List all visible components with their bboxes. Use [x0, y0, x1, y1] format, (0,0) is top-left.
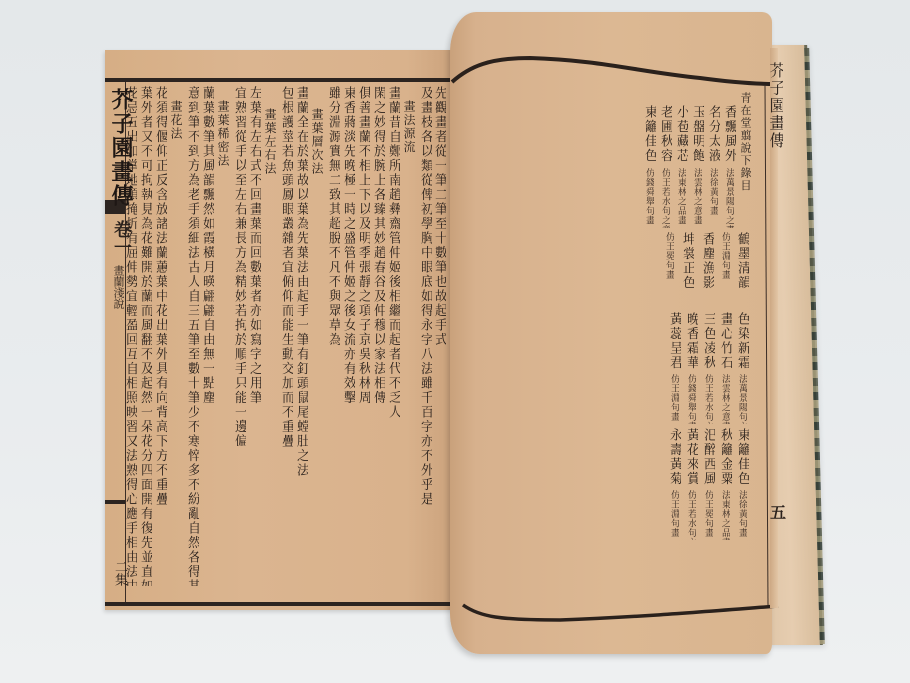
- painting-title: 東籬佳色: [735, 428, 749, 488]
- page-number: 五: [770, 500, 786, 523]
- painting-title: 三色凌秋: [701, 312, 715, 372]
- list-heading: 青在堂翦說下錄目: [738, 92, 752, 212]
- annotation: 仿王淵句畫: [720, 232, 730, 292]
- painting-title: 老圃秋容: [658, 105, 672, 165]
- annotation: 仿王淵句畫: [669, 490, 679, 540]
- painting-title: 坤裳正色: [680, 232, 694, 292]
- painting-title: 色染新霜: [735, 312, 749, 372]
- annotation: 法雲林之意畫: [692, 168, 702, 228]
- painting-title: 晚香霜華: [684, 312, 698, 372]
- annotation: 法萬景陽句之畫: [724, 168, 734, 228]
- annotation: 仿王若水句之意畫: [660, 168, 670, 228]
- painting-title: 名分太液: [706, 105, 720, 165]
- painting-title: 汜醉西風: [701, 428, 715, 488]
- painting-title: 鶴墨清韻: [735, 232, 749, 292]
- annotation: 仿王若水句之意畫: [686, 490, 696, 540]
- annotation: 仿王冕句畫: [664, 232, 674, 292]
- annotation: 仿王淵句畫: [669, 374, 679, 424]
- painting-title: 小苞藏芯: [674, 105, 688, 165]
- annotation: 法東林之品畫: [720, 490, 730, 540]
- annotation: 法萬景陽句之畫: [737, 374, 747, 424]
- book-photograph: 芥子園畫傳 卷一 畫蘭淺說 二集 先觀畫者從一筆二筆至十數筆也故起手式 及畫枝各…: [0, 0, 910, 683]
- annotation: 法東林之品畫: [676, 168, 686, 228]
- painting-title: 東籬佳色: [642, 105, 656, 165]
- annotation: 法徐黃句畫: [737, 490, 747, 540]
- painting-title: 秋籬金粟: [718, 428, 732, 488]
- annotation: 仿王冕句畫: [703, 490, 713, 540]
- painting-title: 永壽黃菊: [667, 428, 681, 488]
- annotation: 法徐黃句畫: [708, 168, 718, 228]
- painting-title: 香塵漁影: [700, 232, 714, 292]
- book-title-edge: 芥子園畫傳: [769, 62, 783, 362]
- annotation: 仿錢舜舉句畫: [686, 374, 696, 424]
- annotation: 仿錢舜舉句畫: [644, 168, 654, 228]
- painting-title: 玉盤明飽: [690, 105, 704, 165]
- painting-title: 黃花來賞: [684, 428, 698, 488]
- annotation: 法雲林之意畫: [720, 374, 730, 424]
- painting-title: 畫心竹石: [718, 312, 732, 372]
- painting-title: 黃蕊呈君: [667, 312, 681, 372]
- annotation: 仿王若水句之意畫: [703, 374, 713, 424]
- painting-title: 香飄風外: [722, 105, 736, 165]
